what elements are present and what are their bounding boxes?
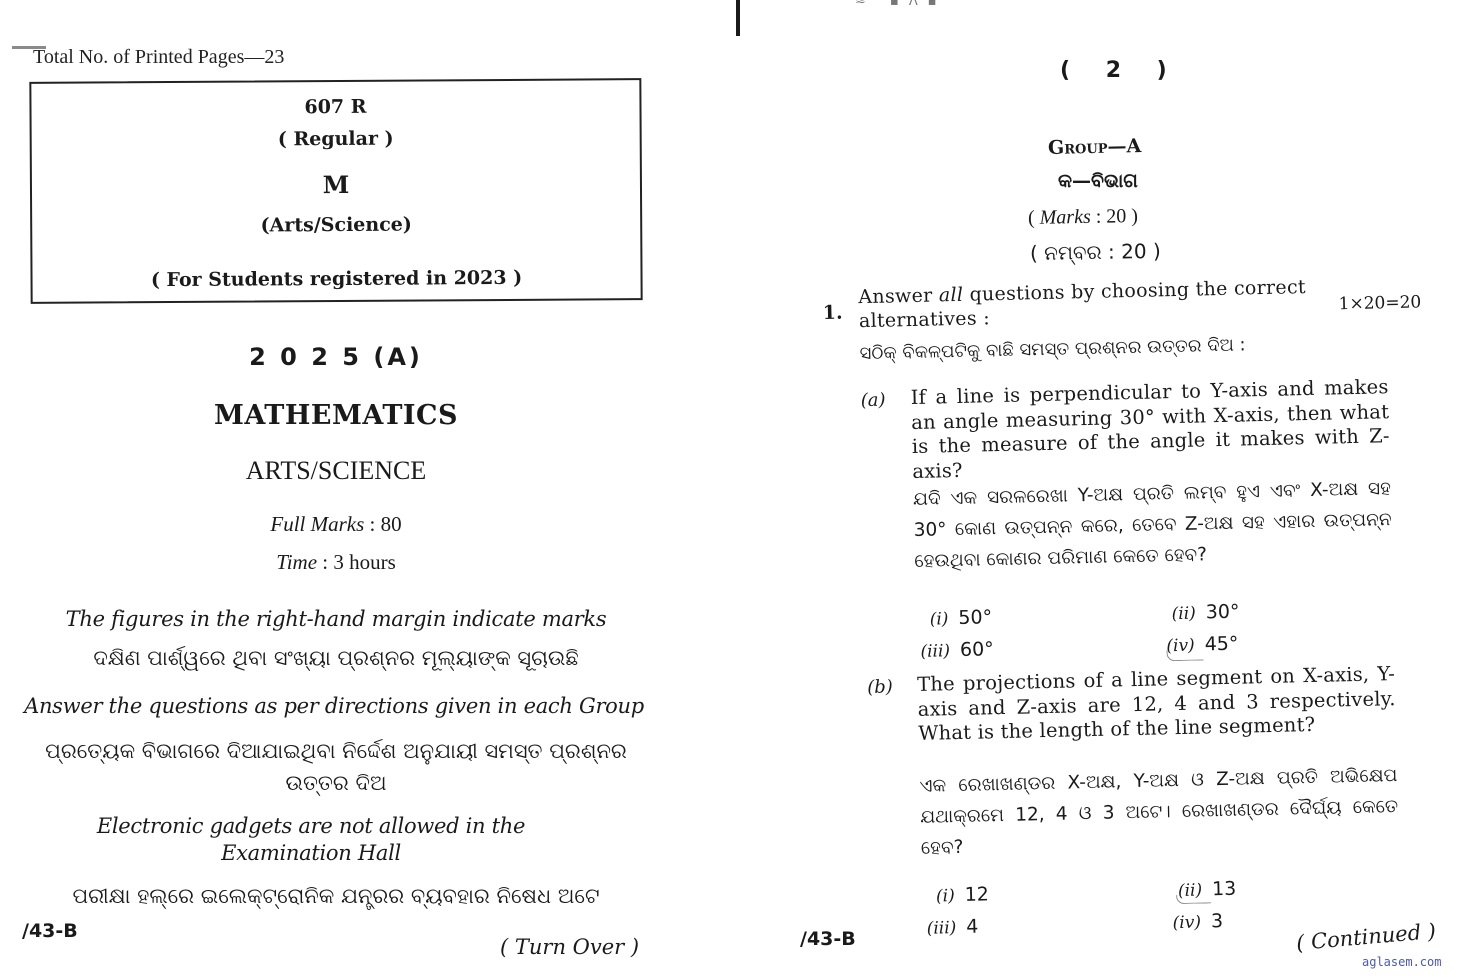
question-1: 1. Answer all questions by choosing the …	[822, 266, 1432, 280]
option-ii[interactable]: (ii)30°	[1171, 601, 1239, 625]
group-title-or: କ—ବିଭାଗ	[1058, 170, 1138, 192]
paper-footer-code: /43-B	[800, 928, 856, 950]
option-i[interactable]: (i)50°	[929, 606, 992, 629]
instruction-directions-or: ପ୍ରତ୍ୟେକ ବିଭାଗରେ ଦିଆଯାଇଥିବା ନିର୍ଦ୍ଦେଶ ଅନ…	[0, 735, 672, 799]
option-value: 45°	[1204, 633, 1238, 656]
option-value: 4	[966, 916, 979, 938]
paper-footer-code: /43-B	[22, 920, 78, 942]
option-value: 50°	[958, 606, 992, 629]
exam-duration: Time : 3 hours	[0, 550, 672, 575]
option-iii[interactable]: (iii)4	[926, 916, 978, 939]
option-value: 60°	[960, 638, 994, 661]
subquestion-text-or: ଯଦି ଏକ ସରଳରେଖା Y-ଅକ୍ଷ ପ୍ରତି ଲମ୍ବ ହୁଏ ଏବଂ…	[913, 473, 1393, 577]
paper-code: 607 R	[31, 94, 639, 120]
stream-label: ARTS/SCIENCE	[0, 456, 672, 486]
instruction-gadgets-en-line1: Electronic gadgets are not allowed in th…	[0, 813, 672, 840]
option-label: (i)	[936, 886, 955, 906]
option-value: 12	[964, 883, 989, 906]
question-number: 1.	[822, 302, 842, 324]
option-i[interactable]: (i)12	[936, 883, 989, 906]
instruction-gadgets-en-line2: Examination Hall	[0, 840, 672, 867]
printed-pages-count: Total No. of Printed Pages—23	[33, 46, 284, 69]
option-label: (iv)	[1172, 913, 1201, 934]
instruction-emphasis: all	[939, 284, 964, 307]
subject-title: MATHEMATICS	[0, 400, 672, 431]
page-number: ( 2 )	[1060, 58, 1181, 83]
subquestion-b: (b) The projections of a line segment on…	[867, 662, 1397, 674]
instruction-directions-en: Answer the questions as per directions g…	[0, 694, 668, 718]
option-label: (ii)	[1171, 604, 1196, 625]
option-iii[interactable]: (iii)60°	[920, 638, 994, 662]
option-value: 3	[1211, 910, 1224, 932]
page-binding-mark	[736, 0, 740, 36]
option-value: 30°	[1206, 601, 1240, 624]
option-list: (i)50° (ii)30° (iii)60° (iv)45°	[915, 597, 1393, 608]
paper-type: ( Regular )	[32, 126, 640, 152]
pencil-tick-mark	[1166, 649, 1203, 661]
pencil-tick-mark	[1176, 894, 1211, 904]
exam-year: 2 0 2 5 (A)	[0, 343, 672, 371]
instruction-directions-or-text: ପ୍ରତ୍ୟେକ ବିଭାଗରେ ଦିଆଯାଇଥିବା ନିର୍ଦ୍ଦେଶ ଅନ…	[45, 739, 627, 795]
option-iv[interactable]: (iv)3	[1172, 910, 1223, 933]
bleed-through-artifact: ≈ ▪ᐱ▪	[855, 0, 947, 9]
option-label: (iii)	[920, 641, 950, 662]
time-value: : 3 hours	[317, 550, 396, 574]
subquestion-label: (a)	[861, 390, 886, 412]
subquestion-label: (b)	[867, 677, 893, 699]
subquestion-a: (a) If a line is perpendicular to Y-axis…	[860, 375, 1390, 387]
option-label: (i)	[930, 609, 949, 629]
question-instruction-or: ସଠିକ୍ ବିକଳ୍ପଟିକୁ ବାଛି ସମସ୍ତ ପ୍ରଶ୍ନର ଉତ୍ତ…	[859, 334, 1245, 364]
subquestion-text: If a line is perpendicular to Y-axis and…	[910, 375, 1390, 484]
paper-info-box: 607 R ( Regular ) M (Arts/Science) ( For…	[29, 78, 642, 304]
full-marks: Full Marks : 80	[0, 512, 672, 537]
instruction-gadgets-en: Electronic gadgets are not allowed in th…	[0, 813, 672, 867]
subquestion-text-or: ଏକ ରେଖାଖଣ୍ଡର X-ଅକ୍ଷ, Y-ଅକ୍ଷ ଓ Z-ଅକ୍ଷ ପ୍ର…	[919, 760, 1399, 864]
full-marks-value: : 80	[364, 512, 401, 536]
instruction-gadgets-or: ପରୀକ୍ଷା ହଲ୍‌ରେ ଇଲେକ୍‌ଟ୍ରୋନିକ ଯନ୍ତ୍ରର ବ୍ୟ…	[0, 884, 672, 909]
option-list: (i)12 (ii)13 (iii)4 (iv)3	[922, 874, 1400, 885]
subquestion-text: The projections of a line segment on X-a…	[917, 662, 1397, 746]
continued-note: ( Continued )	[1295, 919, 1437, 955]
group-marks-or: ( ନମ୍ବର : 20 )	[1030, 239, 1161, 265]
question-marks: 1×20=20	[1338, 292, 1421, 314]
group-marks-value: : 20 )	[1091, 205, 1139, 228]
group-marks-label: Marks	[1039, 206, 1090, 229]
full-marks-label: Full Marks	[270, 512, 364, 536]
paper-stream: (Arts/Science)	[32, 212, 640, 238]
paper-letter: M	[32, 168, 640, 201]
instruction-marks-or: ଦକ୍ଷିଣ ପାର୍ଶ୍ୱରେ ଥିବା ସଂଖ୍ୟା ପ୍ରଶ୍ନର ମୂଲ…	[0, 646, 672, 671]
question-instruction: Answer all questions by choosing the cor…	[858, 273, 1389, 333]
turn-over-note: ( Turn Over )	[500, 935, 639, 959]
instruction-pre: Answer	[858, 284, 939, 308]
group-title: Group—A	[1048, 135, 1142, 159]
instruction-marks-en: The figures in the right-hand margin ind…	[0, 607, 672, 631]
group-marks: ( Marks : 20 )	[1028, 205, 1138, 230]
option-label: (iii)	[927, 918, 957, 939]
registration-note: ( For Students registered in 2023 )	[32, 266, 640, 292]
option-value: 13	[1212, 878, 1237, 901]
time-label: Time	[276, 550, 317, 574]
watermark-link[interactable]: aglasem.com	[1362, 955, 1441, 969]
